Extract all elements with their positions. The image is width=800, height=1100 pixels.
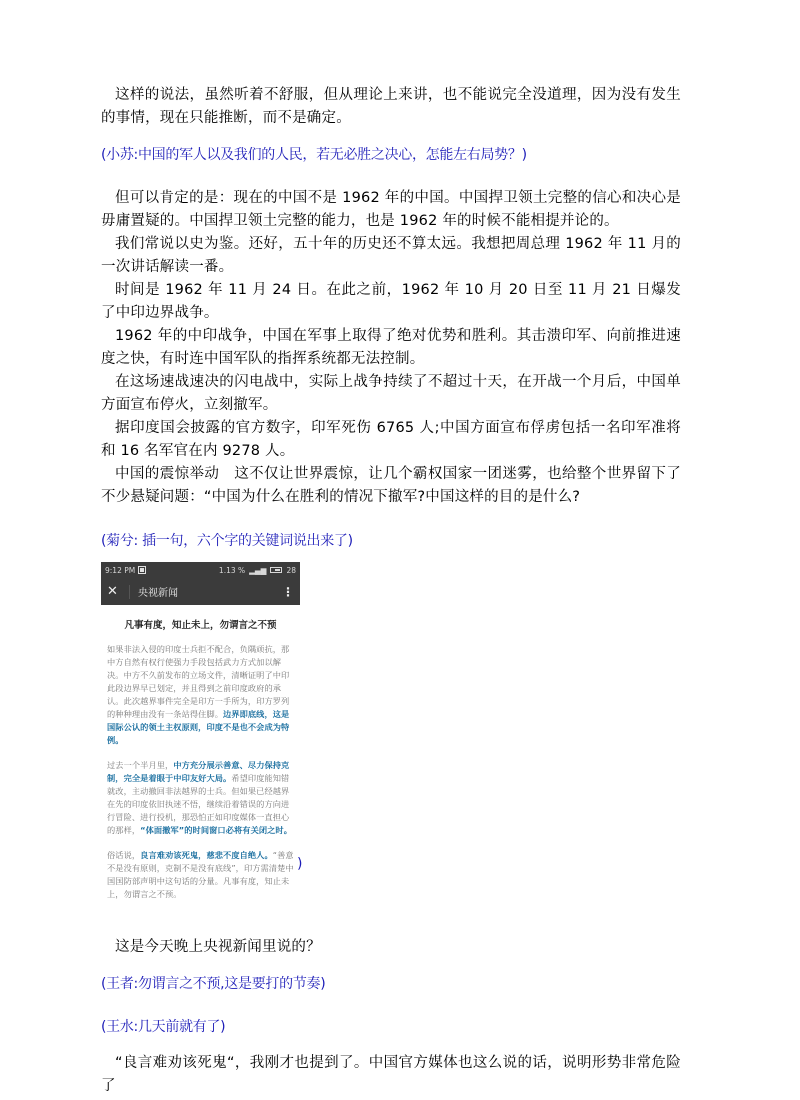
paragraph: 1962 年的中印战争，中国在军事上取得了绝对优势和胜利。其击溃印军、向前推进速… — [101, 325, 681, 371]
network-speed: 1.13 % — [219, 566, 245, 575]
article-paragraph: 如果非法入侵的印度士兵拒不配合，负隅顽抗，那中方自然有权行使强力手段包括武力方式… — [101, 643, 300, 747]
signal-icon: ▂▄▆ — [249, 566, 266, 575]
article-headline: 凡事有度，知止未上，勿谓言之不预 — [101, 617, 300, 631]
paragraph: “良言难劝该死鬼“，我刚才也提到了。中国官方媒体也这么说的话，说明形势非常危险了 — [101, 1052, 681, 1098]
paragraph: 这样的说法，虽然听着不舒服，但从理论上来讲，也不能说完全没道理，因为没有发生的事… — [101, 84, 681, 130]
paragraph: 我们常说以史为鉴。还好，五十年的历史还不算太远。我想把周总理 1962 年 11… — [101, 233, 681, 279]
article-text: 如果非法入侵的印度士兵拒不配合，负隅顽抗，那中方自然有权行使强力手段包括武力方式… — [107, 644, 289, 719]
document-body: 这样的说法，虽然听着不舒服，但从理论上来讲，也不能说完全没道理，因为没有发生的事… — [101, 84, 681, 1098]
embedded-phone-screenshot: 9:12 PM 1.13 % ▂▄▆ 28 ✕ 央视新闻 ⋮ 凡事有度，知止未上… — [101, 562, 300, 927]
status-bar: 9:12 PM 1.13 % ▂▄▆ 28 — [101, 562, 300, 578]
battery-level: 28 — [286, 566, 296, 575]
closing-parenthesis: ) — [297, 856, 302, 872]
close-icon[interactable]: ✕ — [107, 584, 125, 599]
article-text: 过去一个半月里， — [107, 760, 173, 770]
article-highlight: 良言难劝该死鬼，慈悲不度自绝人。 — [140, 850, 273, 860]
app-bar: ✕ 央视新闻 ⋮ — [101, 578, 300, 605]
article-paragraph: 过去一个半月里，中方充分展示善意、尽力保持克制，完全是着眼于中印友好大局。希望印… — [101, 759, 300, 837]
battery-icon — [270, 567, 282, 573]
more-icon[interactable]: ⋮ — [282, 585, 294, 599]
paragraph: 时间是 1962 年 11 月 24 日。在此之前，1962 年 10 月 20… — [101, 279, 681, 325]
notification-icon — [139, 567, 145, 573]
status-time: 9:12 PM — [105, 566, 135, 575]
reader-comment: (王者:勿谓言之不预,这是要打的节奏) — [101, 973, 681, 995]
reader-comment: (小苏:中国的军人以及我们的人民，若无必胜之决心，怎能左右局势？) — [101, 144, 681, 166]
reader-comment: (菊兮: 插一句，六个字的关键词说出来了) — [101, 530, 681, 552]
paragraph: 据印度国会披露的官方数字，印军死伤 6765 人;中国方面宣布俘虏包括一名印军准… — [101, 417, 681, 463]
reader-comment: (王水:几天前就有了) — [101, 1016, 681, 1038]
paragraph: 但可以肯定的是：现在的中国不是 1962 年的中国。中国捍卫领土完整的信心和决心… — [101, 187, 681, 233]
divider — [129, 585, 130, 599]
article-paragraph: 俗话说，良言难劝该死鬼，慈悲不度自绝人。“善意不是没有原则，克制不是没有底线”，… — [101, 849, 300, 901]
paragraph: 这是今天晚上央视新闻里说的？ — [101, 936, 681, 959]
article-text: 俗话说， — [107, 850, 140, 860]
paragraph: 中国的震惊举动 这不仅让世界震惊，让几个霸权国家一团迷雾，也给整个世界留下了不少… — [101, 463, 681, 509]
app-title: 央视新闻 — [138, 584, 282, 599]
article-highlight: “体面撤军”的时间窗口必将有关闭之时。 — [140, 825, 292, 835]
paragraph: 在这场速战速决的闪电战中，实际上战争持续了不超过十天，在开战一个月后，中国单方面… — [101, 371, 681, 417]
